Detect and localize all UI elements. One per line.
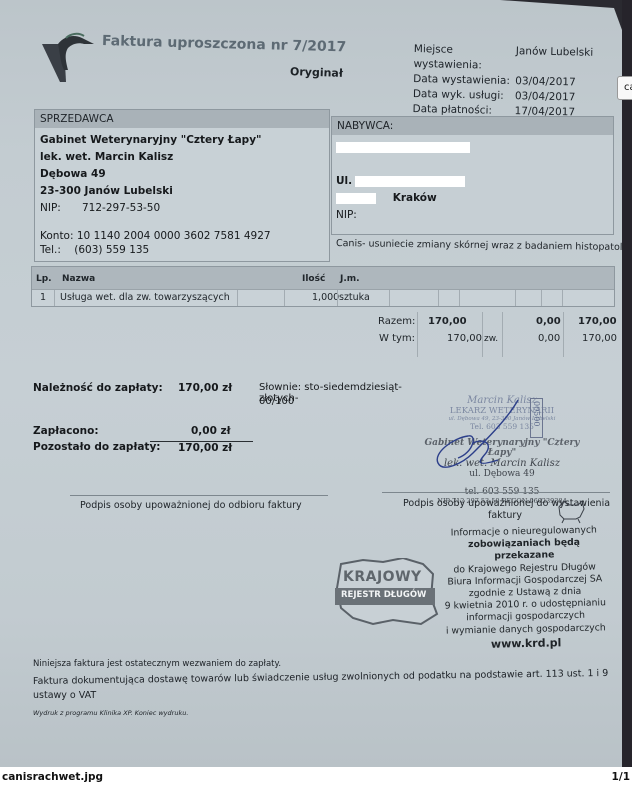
razem-gross: 170,00 <box>578 316 617 327</box>
wtym-rate: zw. <box>484 334 498 344</box>
due-amount: 170,00 zł <box>178 382 232 394</box>
tooltip-fragment: ca <box>617 76 632 100</box>
col-lp: Lp. <box>36 274 52 284</box>
photo-edge <box>622 0 632 767</box>
krd-logo-subtext: REJESTR DŁUGÓW <box>341 590 426 600</box>
copy-label: Oryginał <box>290 65 343 80</box>
phone-number: (603) 559 135 <box>74 244 149 256</box>
printout-note: Wydruk z programu Klinika XP. Koniec wyd… <box>33 709 188 717</box>
viewer-status-bar: canisrachwet.jpg 1/1 <box>0 767 632 785</box>
page-indicator: 1/1 <box>612 771 630 783</box>
table-row: 1 Usługa wet. dla zw. towarzyszących 1,0… <box>32 289 614 306</box>
stamp-number-box: 00500 <box>530 398 543 438</box>
col-qty: Ilość <box>302 274 325 284</box>
receiver-sign-line <box>70 495 328 496</box>
redacted-postal-code <box>336 193 376 204</box>
redacted-buyer-street <box>355 176 465 187</box>
col-name: Nazwa <box>62 274 95 284</box>
final-notice: Niniejsza faktura jest ostatecznym wezwa… <box>33 659 281 669</box>
razem-net: 170,00 <box>428 316 467 327</box>
razem-vat: 0,00 <box>536 316 561 327</box>
stamp-number: 00500 <box>532 401 541 426</box>
wtym-vat: 0,00 <box>538 333 560 344</box>
issuer-sign-label-2: faktury <box>488 510 522 521</box>
krd-logo-text: KRAJOWY <box>343 569 422 585</box>
phone-label: Tel.: <box>40 244 61 256</box>
buyer-city: Kraków <box>393 192 437 204</box>
paid-amount: 0,00 zł <box>191 425 231 437</box>
col-unit: J.m. <box>340 274 360 284</box>
buyer-section: NABYWCA: Ul. Kraków NIP: <box>331 116 614 235</box>
bird-logo-icon <box>38 30 98 85</box>
filename-label: canisrachwet.jpg <box>2 771 103 783</box>
krd-notice: Informacje o nieuregulowanych zobowiązan… <box>439 524 612 652</box>
vat-note: Faktura dokumentująca dostawę towarów lu… <box>33 668 608 687</box>
account-label: Konto: <box>40 230 74 242</box>
meta-label: Miejsce wystawienia: <box>413 42 516 74</box>
totals-section: Razem: 170,00 0,00 170,00 W tym: 170,00 … <box>330 312 614 357</box>
remaining-label: Pozostało do zapłaty: <box>33 441 161 453</box>
buyer-street-prefix: Ul. <box>336 175 352 187</box>
seller-city: 23-300 Janów Lubelski <box>40 185 173 197</box>
seller-person: lek. wet. Marcin Kalisz <box>40 151 173 163</box>
buyer-nip-label: NIP: <box>336 207 613 224</box>
seller-section: SPRZEDAWCA Gabinet Weterynaryjny "Cztery… <box>34 109 330 262</box>
receiver-sign-label: Podpis osoby upoważnionej do odbioru fak… <box>80 500 302 511</box>
items-table-header: Lp. Nazwa Ilość J.m. <box>32 267 614 289</box>
seller-name: Gabinet Weterynaryjny "Cztery Łapy" <box>40 134 262 146</box>
row-name: Usługa wet. dla zw. towarzyszących <box>60 292 230 303</box>
wtym-label: W tym: <box>379 333 415 344</box>
meta-value: Janów Lubelski <box>515 44 593 76</box>
row-lp: 1 <box>40 292 46 303</box>
seller-nip: 712-297-53-50 <box>82 200 160 217</box>
row-unit: sztuka <box>339 292 370 303</box>
row-qty: 1,000 <box>312 292 339 303</box>
krd-url: www.krd.pl <box>441 636 611 652</box>
payment-summary: Należność do zapłaty: 170,00 zł Słownie:… <box>33 382 413 462</box>
wtym-gross: 170,00 <box>582 333 617 344</box>
seller-nip-label: NIP: <box>40 200 82 217</box>
signature-scribble <box>418 398 528 478</box>
redacted-buyer-name <box>336 142 470 153</box>
meta-value: 03/04/2017 <box>515 74 576 90</box>
paid-label: Zapłacono: <box>33 425 99 437</box>
invoice-photo: Faktura uproszczona nr 7/2017 Oryginał M… <box>0 0 622 767</box>
due-label: Należność do zapłaty: <box>33 382 163 394</box>
remaining-amount: 170,00 zł <box>178 442 232 454</box>
krd-line: zobowiązaniach będą przekazane <box>439 536 609 564</box>
dog-stamp-icon <box>556 497 586 525</box>
seller-street: Dębowa 49 <box>40 168 106 180</box>
sum-divider <box>150 441 253 442</box>
image-viewer: Faktura uproszczona nr 7/2017 Oryginał M… <box>0 0 632 767</box>
wtym-net: 170,00 <box>447 333 482 344</box>
razem-label: Razem: <box>378 316 415 327</box>
items-table: Lp. Nazwa Ilość J.m. 1 Usługa wet. dla z… <box>31 266 615 307</box>
buyer-heading: NABYWCA: <box>332 117 613 135</box>
meta-value: 03/04/2017 <box>515 89 576 105</box>
account-number: 10 1140 2004 0000 3602 7581 4927 <box>77 230 271 242</box>
vat-note-2: ustawy o VAT <box>33 690 96 701</box>
issuer-sign-line <box>382 492 610 493</box>
buyer-note: Canis- usuniecie zmiany skórnej wraz z b… <box>336 238 632 253</box>
invoice-title: Faktura uproszczona nr 7/2017 <box>102 33 347 55</box>
amount-in-words-cents: 00/100 <box>259 396 294 407</box>
seller-heading: SPRZEDAWCA <box>35 110 329 128</box>
